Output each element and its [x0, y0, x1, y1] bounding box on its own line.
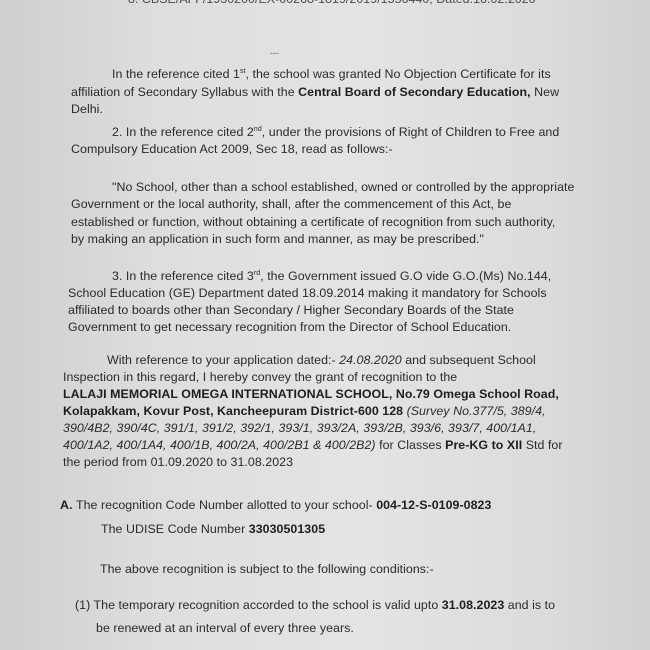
para3-line4: Government to get necessary recognition … — [68, 319, 511, 336]
quote-line4: by making an application in such form an… — [71, 231, 484, 248]
para4-line7: the period from 01.09.2020 to 31.08.2023 — [63, 454, 293, 471]
validity-date: 31.08.2023 — [442, 598, 505, 612]
separator: --- — [270, 48, 279, 58]
para4-line1: With reference to your application dated… — [107, 352, 536, 369]
para2-line1: 2. In the reference cited 2nd, under the… — [112, 124, 559, 141]
para3-line1: 3. In the reference cited 3rd, the Gover… — [112, 268, 551, 285]
recognition-code-line: A. The recognition Code Number allotted … — [60, 497, 491, 514]
para4-line2: Inspection in this regard, I hereby conv… — [63, 369, 457, 386]
quote-line3: established or function, without obtaini… — [71, 214, 555, 231]
udise-line: The UDISE Code Number 33030501305 — [101, 521, 325, 538]
para4-line6: 400/1A2, 400/1A4, 400/1B, 400/2A, 400/2B… — [63, 437, 563, 454]
para1-line2: affiliation of Secondary Syllabus with t… — [71, 84, 559, 101]
para2-line2: Compulsory Education Act 2009, Sec 18, r… — [71, 141, 393, 158]
condition-1-line1: (1) The temporary recognition accorded t… — [75, 597, 555, 614]
para4-line3: LALAJI MEMORIAL OMEGA INTERNATIONAL SCHO… — [63, 386, 559, 403]
para4-line4: Kolapakkam, Kovur Post, Kancheepuram Dis… — [63, 403, 546, 420]
para1-line3: Delhi. — [71, 101, 103, 118]
para3-line3: affiliated to boards other than Secondar… — [68, 302, 514, 319]
reference-line-8: 8. CBSE/AFF/1930200/EX-00268-1819/2019/1… — [128, 0, 536, 8]
para1-line1: In the reference cited 1st, the school w… — [112, 66, 551, 83]
document-page: 8. CBSE/AFF/1930200/EX-00268-1819/2019/1… — [0, 0, 650, 650]
quote-line2: Government or the local authority, shall… — [71, 196, 511, 213]
udise-code: 33030501305 — [249, 522, 325, 536]
section-marker: A. — [60, 498, 73, 512]
application-date: 24.08.2020 — [339, 353, 402, 367]
quote-line1: "No School, other than a school establis… — [112, 179, 574, 196]
recognition-code: 004-12-S-0109-0823 — [376, 498, 491, 512]
school-name-address: LALAJI MEMORIAL OMEGA INTERNATIONAL SCHO… — [63, 387, 559, 401]
condition-1-line2: be renewed at an interval of every three… — [96, 620, 354, 637]
conditions-intro: The above recognition is subject to the … — [100, 561, 434, 578]
para4-line5: 390/4B2, 390/4C, 391/1, 391/2, 392/1, 39… — [63, 420, 536, 437]
para3-line2: School Education (GE) Department dated 1… — [68, 285, 547, 302]
cbse-name: Central Board of Secondary Education, — [298, 85, 531, 99]
